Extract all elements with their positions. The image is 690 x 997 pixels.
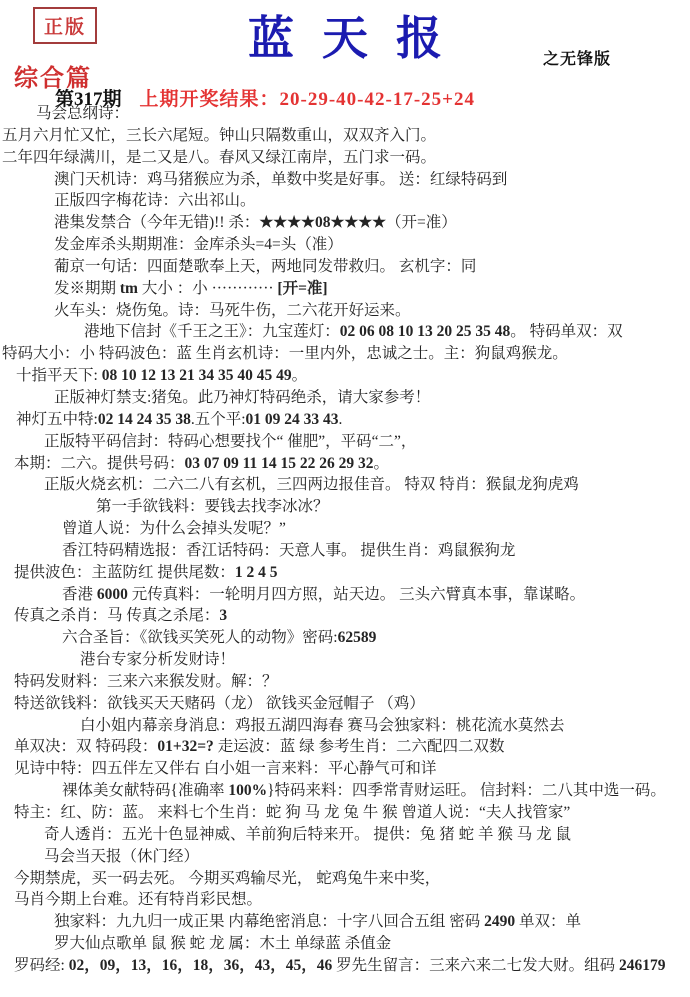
text-line: 罗大仙点歌单 鼠 猴 蛇 龙 属：木土 单绿蓝 杀值金 [0, 933, 690, 955]
text-segment-bold: 01+32=? [157, 738, 213, 755]
text-segment: 五月六月忙又忙，三长六尾短。钟山只隔数重山，双双齐入门。 [2, 127, 436, 144]
text-segment: 白小姐内幕亲身消息：鸡报五湖四海春 赛马会独家料：桃花流水莫然去 [80, 717, 564, 734]
text-line: 今期禁虎，买一码去死。 今期买鸡输尽光， 蛇鸡兔牛来中奖， [0, 868, 690, 890]
text-line: 二年四年绿满川，是二又是八。春风又绿江南岸，五门求一码。 [0, 147, 690, 169]
text-line: 发※期期 tm 大小 ：小 ············ [开=准] [0, 278, 690, 300]
text-segment: 正版火烧玄机：二六二八有玄机，三四两边报佳音。 特双 特肖：猴鼠龙狗虎鸡 [44, 476, 579, 493]
text-segment: .五个平: [191, 411, 246, 428]
text-segment: 马会总纲诗： [36, 105, 129, 122]
text-segment: 罗大仙点歌单 鼠 猴 蛇 龙 属：木土 单绿蓝 杀值金 [54, 935, 391, 952]
text-segment: 正版特平码信封：特码心想要找个“ 催肥”，平码“二”， [44, 433, 416, 450]
text-segment: 走运波：蓝 绿 参考生肖：二六配四二双数 [214, 738, 505, 755]
text-segment: }特码来料：四季常青财运旺。 信封料：二八其中选一码。 [267, 782, 666, 799]
body-lines: 马会总纲诗：五月六月忙又忙，三长六尾短。钟山只隔数重山，双双齐入门。二年四年绿满… [0, 103, 690, 977]
text-line: 澳门天机诗：鸡马猪猴应为杀，单数中奖是好事。 送：红绿特码到 [0, 169, 690, 191]
text-segment-bold: 02，09，13，16，18，36，43，45，46 [69, 957, 333, 974]
text-segment-bold: 246179 [619, 957, 666, 974]
text-segment: （开=准） [386, 214, 457, 231]
text-line: 正版神灯禁支:猪兔。此乃神灯特码绝杀，请大家参考！ [0, 387, 690, 409]
text-segment: 提供波色：主蓝防红 提供尾数： [14, 564, 235, 581]
text-segment-bold: 01 09 24 33 43 [246, 411, 339, 428]
text-line: 神灯五中特:02 14 24 35 38.五个平:01 09 24 33 43. [0, 409, 690, 431]
text-segment-bold: ★★★★08★★★★ [259, 214, 386, 231]
text-segment: 奇人透肖：五光十色显神威、羊前狗后特来开。 提供：兔 猪 蛇 羊 猴 马 龙 鼠 [44, 826, 571, 843]
text-segment: 葡京一句话：四面楚歌奉上天，两地同发带救归。 玄机字：同 [54, 258, 476, 275]
text-segment: 港集发禁合（今年无错)!! 杀： [54, 214, 259, 231]
text-line: 正版四字梅花诗：六出祁山。 [0, 190, 690, 212]
text-line: 特送欲钱料：欲钱买天天赌码（龙） 欲钱买金冠帽子 （鸡） [0, 693, 690, 715]
text-segment: 香港 [62, 586, 97, 603]
text-segment: 特送欲钱料：欲钱买天天赌码（龙） 欲钱买金冠帽子 （鸡） [14, 695, 425, 712]
text-segment: 。 特码单双：双 [510, 323, 622, 340]
text-segment: 发金库杀头期期准：金库杀头=4=头（准） [54, 236, 343, 253]
text-segment-bold: 02 06 08 10 13 20 25 35 48 [340, 323, 511, 340]
text-segment: 二年四年绿满川，是二又是八。春风又绿江南岸，五门求一码。 [2, 149, 436, 166]
text-segment: 第一手欲钱料：要钱去找李冰冰？ [96, 498, 329, 515]
text-line: 葡京一句话：四面楚歌奉上天，两地同发带救归。 玄机字：同 [0, 256, 690, 278]
text-line: 马会总纲诗： [0, 103, 690, 125]
text-line: 正版特平码信封：特码心想要找个“ 催肥”，平码“二”， [0, 431, 690, 453]
text-segment: 香江特码精选报：香江话特码：天意人事。 提供生肖：鸡鼠猴狗龙 [62, 542, 515, 559]
text-segment: 今期禁虎，买一码去死。 今期买鸡输尽光， 蛇鸡兔牛来中奖， [14, 870, 440, 887]
text-segment: 特码大小：小 特码波色：蓝 生肖玄机诗：一里内外，忠诚之士。主：狗鼠鸡猴龙。 [2, 345, 568, 362]
text-line: 五月六月忙又忙，三长六尾短。钟山只隔数重山，双双齐入门。 [0, 125, 690, 147]
text-line: 独家料：九九归一成正果 内幕绝密消息：十字八回合五组 密码 2490 单双：单 [0, 911, 690, 933]
text-segment-bold: 100% [228, 782, 267, 799]
text-segment: 港地下信封《千王之王》：九宝莲灯： [84, 323, 340, 340]
text-segment: 单双：单 [515, 913, 581, 930]
text-segment-bold: tm [120, 280, 138, 297]
text-line: 特码大小：小 特码波色：蓝 生肖玄机诗：一里内外，忠诚之士。主：狗鼠鸡猴龙。 [0, 343, 690, 365]
text-line: 单双决：双 特码段：01+32=? 走运波：蓝 绿 参考生肖：二六配四二双数 [0, 736, 690, 758]
text-line: 奇人透肖：五光十色显神威、羊前狗后特来开。 提供：兔 猪 蛇 羊 猴 马 龙 鼠 [0, 824, 690, 846]
text-segment: 发※期期 [54, 280, 120, 297]
text-segment: 本期：二六。提供号码： [14, 455, 185, 472]
text-line: 提供波色：主蓝防红 提供尾数：1 2 4 5 [0, 562, 690, 584]
text-line: 第一手欲钱料：要钱去找李冰冰？ [0, 496, 690, 518]
text-line: 发金库杀头期期准：金库杀头=4=头（准） [0, 234, 690, 256]
text-line: 本期：二六。提供号码：03 07 09 11 14 15 22 26 29 32… [0, 453, 690, 475]
text-line: 传真之杀肖：马 传真之杀尾：3 [0, 605, 690, 627]
text-segment: 马肖今期上台难。还有特肖彩民想。 [14, 891, 262, 908]
text-segment: 特主：红、防：蓝。 来料七个生肖：蛇 狗 马 龙 兔 牛 猴 曾道人说：“夫人找… [14, 804, 570, 821]
text-line: 白小姐内幕亲身消息：鸡报五湖四海春 赛马会独家料：桃花流水莫然去 [0, 715, 690, 737]
text-segment: 罗先生留言：三来六来二七发大财。组码 [332, 957, 619, 974]
text-segment: 神灯五中特: [16, 411, 98, 428]
text-segment-bold: 62589 [338, 629, 377, 646]
text-segment: 大小 ：小 ············ [138, 280, 277, 297]
text-line: 正版火烧玄机：二六二八有玄机，三四两边报佳音。 特双 特肖：猴鼠龙狗虎鸡 [0, 474, 690, 496]
text-segment: 。 [374, 455, 390, 472]
text-line: 香港 6000 元传真料：一轮明月四方照，站天边。 三头六臂真本事，靠谋略。 [0, 584, 690, 606]
text-line: 特主：红、防：蓝。 来料七个生肖：蛇 狗 马 龙 兔 牛 猴 曾道人说：“夫人找… [0, 802, 690, 824]
text-line: 港台专家分析发财诗！ [0, 649, 690, 671]
text-line: 曾道人说：为什么会掉头发呢？” [0, 518, 690, 540]
header: 正版 蓝天报 之无锋版 综合篇 第317期上期开奖结果：20-29-40-42-… [0, 0, 690, 103]
text-segment: 火车头：烧伤兔。诗：马死牛伤，二六花开好运来。 [54, 302, 411, 319]
edition-label: 之无锋版 [543, 46, 611, 69]
text-segment: . [339, 411, 343, 428]
text-line: 裸体美女献特码{准确率 100%}特码来料：四季常青财运旺。 信封料：二八其中选… [0, 780, 690, 802]
text-segment: 独家料：九九归一成正果 内幕绝密消息：十字八回合五组 密码 [54, 913, 484, 930]
text-segment: 正版四字梅花诗：六出祁山。 [54, 192, 256, 209]
text-segment: 港台专家分析发财诗！ [80, 651, 235, 668]
text-segment-bold: 1 2 4 5 [235, 564, 278, 581]
text-segment: 澳门天机诗：鸡马猪猴应为杀，单数中奖是好事。 送：红绿特码到 [54, 171, 507, 188]
text-line: 港地下信封《千王之王》：九宝莲灯：02 06 08 10 13 20 25 35… [0, 321, 690, 343]
text-line: 马肖今期上台难。还有特肖彩民想。 [0, 889, 690, 911]
text-segment: 见诗中特：四五伴左又伴右 白小姐一言来料：平心静气可和详 [14, 760, 436, 777]
text-segment-bold: 3 [219, 607, 227, 624]
text-line: 六合圣旨：《欲钱买笑死人的动物》密码:62589 [0, 627, 690, 649]
text-segment-bold: 2490 [484, 913, 515, 930]
text-line: 罗码经: 02，09，13，16，18，36，43，45，46 罗先生留言：三来… [0, 955, 690, 977]
newspaper-page: 正版 蓝天报 之无锋版 综合篇 第317期上期开奖结果：20-29-40-42-… [0, 0, 690, 997]
text-segment: 传真之杀肖：马 传真之杀尾： [14, 607, 219, 624]
text-line: 港集发禁合（今年无错)!! 杀：★★★★08★★★★（开=准） [0, 212, 690, 234]
text-segment: 特码发财料：三来六来猴发财。解：？ [14, 673, 278, 690]
text-line: 十指平天下: 08 10 12 13 21 34 35 40 45 49。 [0, 365, 690, 387]
text-line: 香江特码精选报：香江话特码：天意人事。 提供生肖：鸡鼠猴狗龙 [0, 540, 690, 562]
text-segment: 。 [292, 367, 308, 384]
text-line: 见诗中特：四五伴左又伴右 白小姐一言来料：平心静气可和详 [0, 758, 690, 780]
text-segment: 元传真料：一轮明月四方照，站天边。 三头六臂真本事，靠谋略。 [128, 586, 585, 603]
text-segment: 十指平天下: [16, 367, 98, 384]
text-line: 特码发财料：三来六来猴发财。解：？ [0, 671, 690, 693]
text-segment-bold: 02 14 24 35 38 [98, 411, 191, 428]
text-segment: 六合圣旨：《欲钱买笑死人的动物》密码: [62, 629, 338, 646]
text-segment-bold: 08 10 12 13 21 34 35 40 45 49 [98, 367, 292, 384]
text-segment: 单双决：双 特码段： [14, 738, 157, 755]
text-line: 火车头：烧伤兔。诗：马死牛伤，二六花开好运来。 [0, 300, 690, 322]
text-segment: 马会当天报（休门经） [44, 848, 199, 865]
text-line: 马会当天报（休门经） [0, 846, 690, 868]
text-segment: 正版神灯禁支:猪兔。此乃神灯特码绝杀，请大家参考！ [54, 389, 430, 406]
text-segment-bold: [开=准] [277, 280, 327, 297]
text-segment-bold: 6000 [97, 586, 128, 603]
text-segment: 罗码经: [14, 957, 69, 974]
text-segment-bold: 03 07 09 11 14 15 22 26 29 32 [185, 455, 374, 472]
text-segment: 裸体美女献特码{准确率 [62, 782, 228, 799]
text-segment: 曾道人说：为什么会掉头发呢？” [62, 520, 286, 537]
